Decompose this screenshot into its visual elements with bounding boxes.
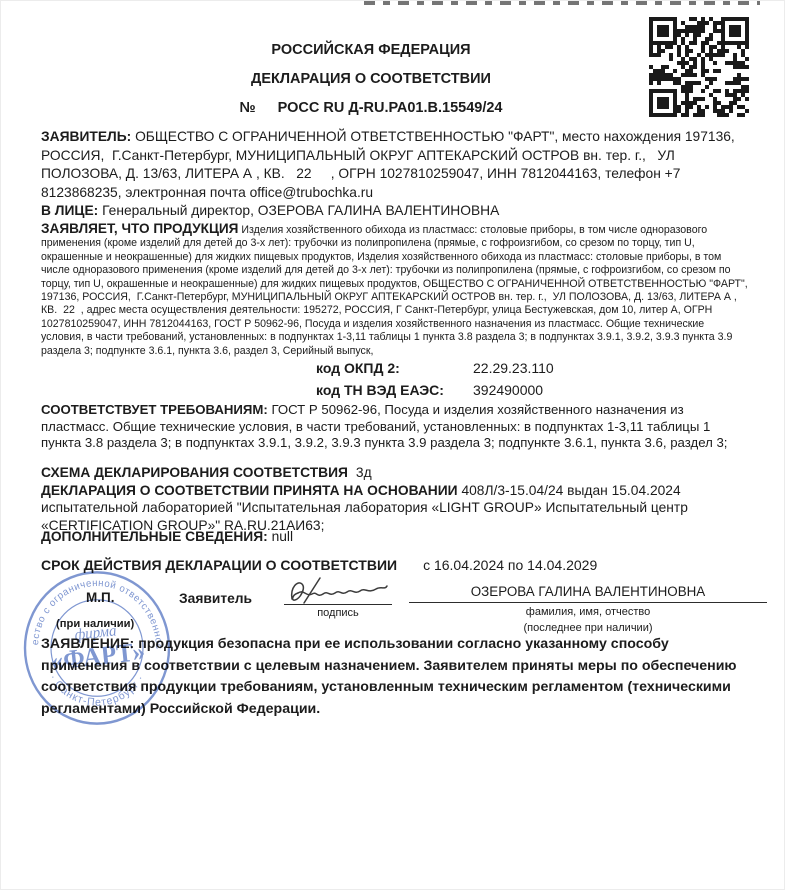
declaration-number: РОСС RU Д-RU.РА01.В.15549/24 xyxy=(278,100,503,116)
tnved-code-label: код ТН ВЭД ЕАЭС: xyxy=(316,382,444,398)
declares-text: Изделия хозяйственного обихода из пластм… xyxy=(41,224,751,357)
validity-label: СРОК ДЕЙСТВИЯ ДЕКЛАРАЦИИ О СООТВЕТСТВИИ xyxy=(41,557,397,573)
signer-name-area: ОЗЕРОВА ГАЛИНА ВАЛЕНТИНОВНА фамилия, имя… xyxy=(409,584,767,635)
applicant-text: ОБЩЕСТВО С ОГРАНИЧЕННОЙ ОТВЕТСТВЕННОСТЬЮ… xyxy=(41,129,739,200)
additional-info-label: ДОПОЛНИТЕЛЬНЫЕ СВЕДЕНИЯ: xyxy=(41,529,268,544)
in-person-label: В ЛИЦЕ: xyxy=(41,203,98,218)
applicant-paragraph: ЗАЯВИТЕЛЬ: ОБЩЕСТВО С ОГРАНИЧЕННОЙ ОТВЕТ… xyxy=(41,128,747,221)
in-person-text: Генеральный директор, ОЗЕРОВА ГАЛИНА ВАЛ… xyxy=(102,203,499,218)
signature-line xyxy=(284,577,392,605)
signature-caption: подпись xyxy=(284,607,392,619)
scheme-value: 3д xyxy=(356,465,372,480)
basis-label: ДЕКЛАРАЦИЯ О СООТВЕТСТВИИ ПРИНЯТА НА ОСН… xyxy=(41,483,458,498)
tnved-code-value: 392490000 xyxy=(473,382,543,398)
declaration-number-line: №РОСС RU Д-RU.РА01.В.15549/24 xyxy=(41,100,701,116)
in-person-line: В ЛИЦЕ: Генеральный директор, ОЗЕРОВА ГА… xyxy=(41,203,499,218)
name-caption-line1: фамилия, имя, отчество xyxy=(409,606,767,619)
stamp-place-note: (при наличии) xyxy=(56,618,134,630)
signer-role-label: Заявитель xyxy=(179,591,252,606)
compliance-paragraph: СООТВЕТСТВУЕТ ТРЕБОВАНИЯМ: ГОСТ Р 50962-… xyxy=(41,402,753,452)
okpd-code-label: код ОКПД 2: xyxy=(316,360,400,376)
okpd-code-value: 22.29.23.110 xyxy=(473,360,554,376)
statement-text: продукция безопасна при ее использовании… xyxy=(41,636,737,717)
header-country: РОССИЙСКАЯ ФЕДЕРАЦИЯ xyxy=(41,42,701,58)
document-header: РОССИЙСКАЯ ФЕДЕРАЦИЯ ДЕКЛАРАЦИЯ О СООТВЕ… xyxy=(41,42,701,116)
number-sign: № xyxy=(239,100,255,116)
handwritten-signature xyxy=(286,577,390,604)
additional-info-line: ДОПОЛНИТЕЛЬНЫЕ СВЕДЕНИЯ: null xyxy=(41,529,747,544)
stamp-place-label: М.П. xyxy=(86,590,114,605)
statement-label: ЗАЯВЛЕНИЕ: xyxy=(41,636,134,652)
signer-full-name: ОЗЕРОВА ГАЛИНА ВАЛЕНТИНОВНА xyxy=(409,584,767,603)
applicant-label: ЗАЯВИТЕЛЬ: xyxy=(41,129,131,144)
document-title: ДЕКЛАРАЦИЯ О СООТВЕТСТВИИ xyxy=(41,71,701,87)
basis-paragraph: ДЕКЛАРАЦИЯ О СООТВЕТСТВИИ ПРИНЯТА НА ОСН… xyxy=(41,482,747,534)
validity-line: СРОК ДЕЙСТВИЯ ДЕКЛАРАЦИИ О СООТВЕТСТВИИс… xyxy=(41,557,597,573)
validity-value: с 16.04.2024 по 14.04.2029 xyxy=(423,557,597,573)
product-declaration-paragraph: ЗАЯВЛЯЕТ, ЧТО ПРОДУКЦИЯ Изделия хозяйств… xyxy=(41,222,749,358)
declares-label: ЗАЯВЛЯЕТ, ЧТО ПРОДУКЦИЯ xyxy=(41,221,238,236)
additional-info-value: null xyxy=(272,529,293,544)
signature-area: подпись xyxy=(284,577,392,619)
declaration-document: РОССИЙСКАЯ ФЕДЕРАЦИЯ ДЕКЛАРАЦИЯ О СООТВЕ… xyxy=(0,0,785,890)
scheme-label: СХЕМА ДЕКЛАРИРОВАНИЯ СООТВЕТСТВИЯ xyxy=(41,465,348,480)
statement-paragraph: ЗАЯВЛЕНИЕ: продукция безопасна при ее ис… xyxy=(41,634,745,720)
scheme-line: СХЕМА ДЕКЛАРИРОВАНИЯ СООТВЕТСТВИЯ3д xyxy=(41,465,747,480)
cropped-text-artifact xyxy=(364,1,760,5)
compliance-label: СООТВЕТСТВУЕТ ТРЕБОВАНИЯМ: xyxy=(41,402,268,417)
